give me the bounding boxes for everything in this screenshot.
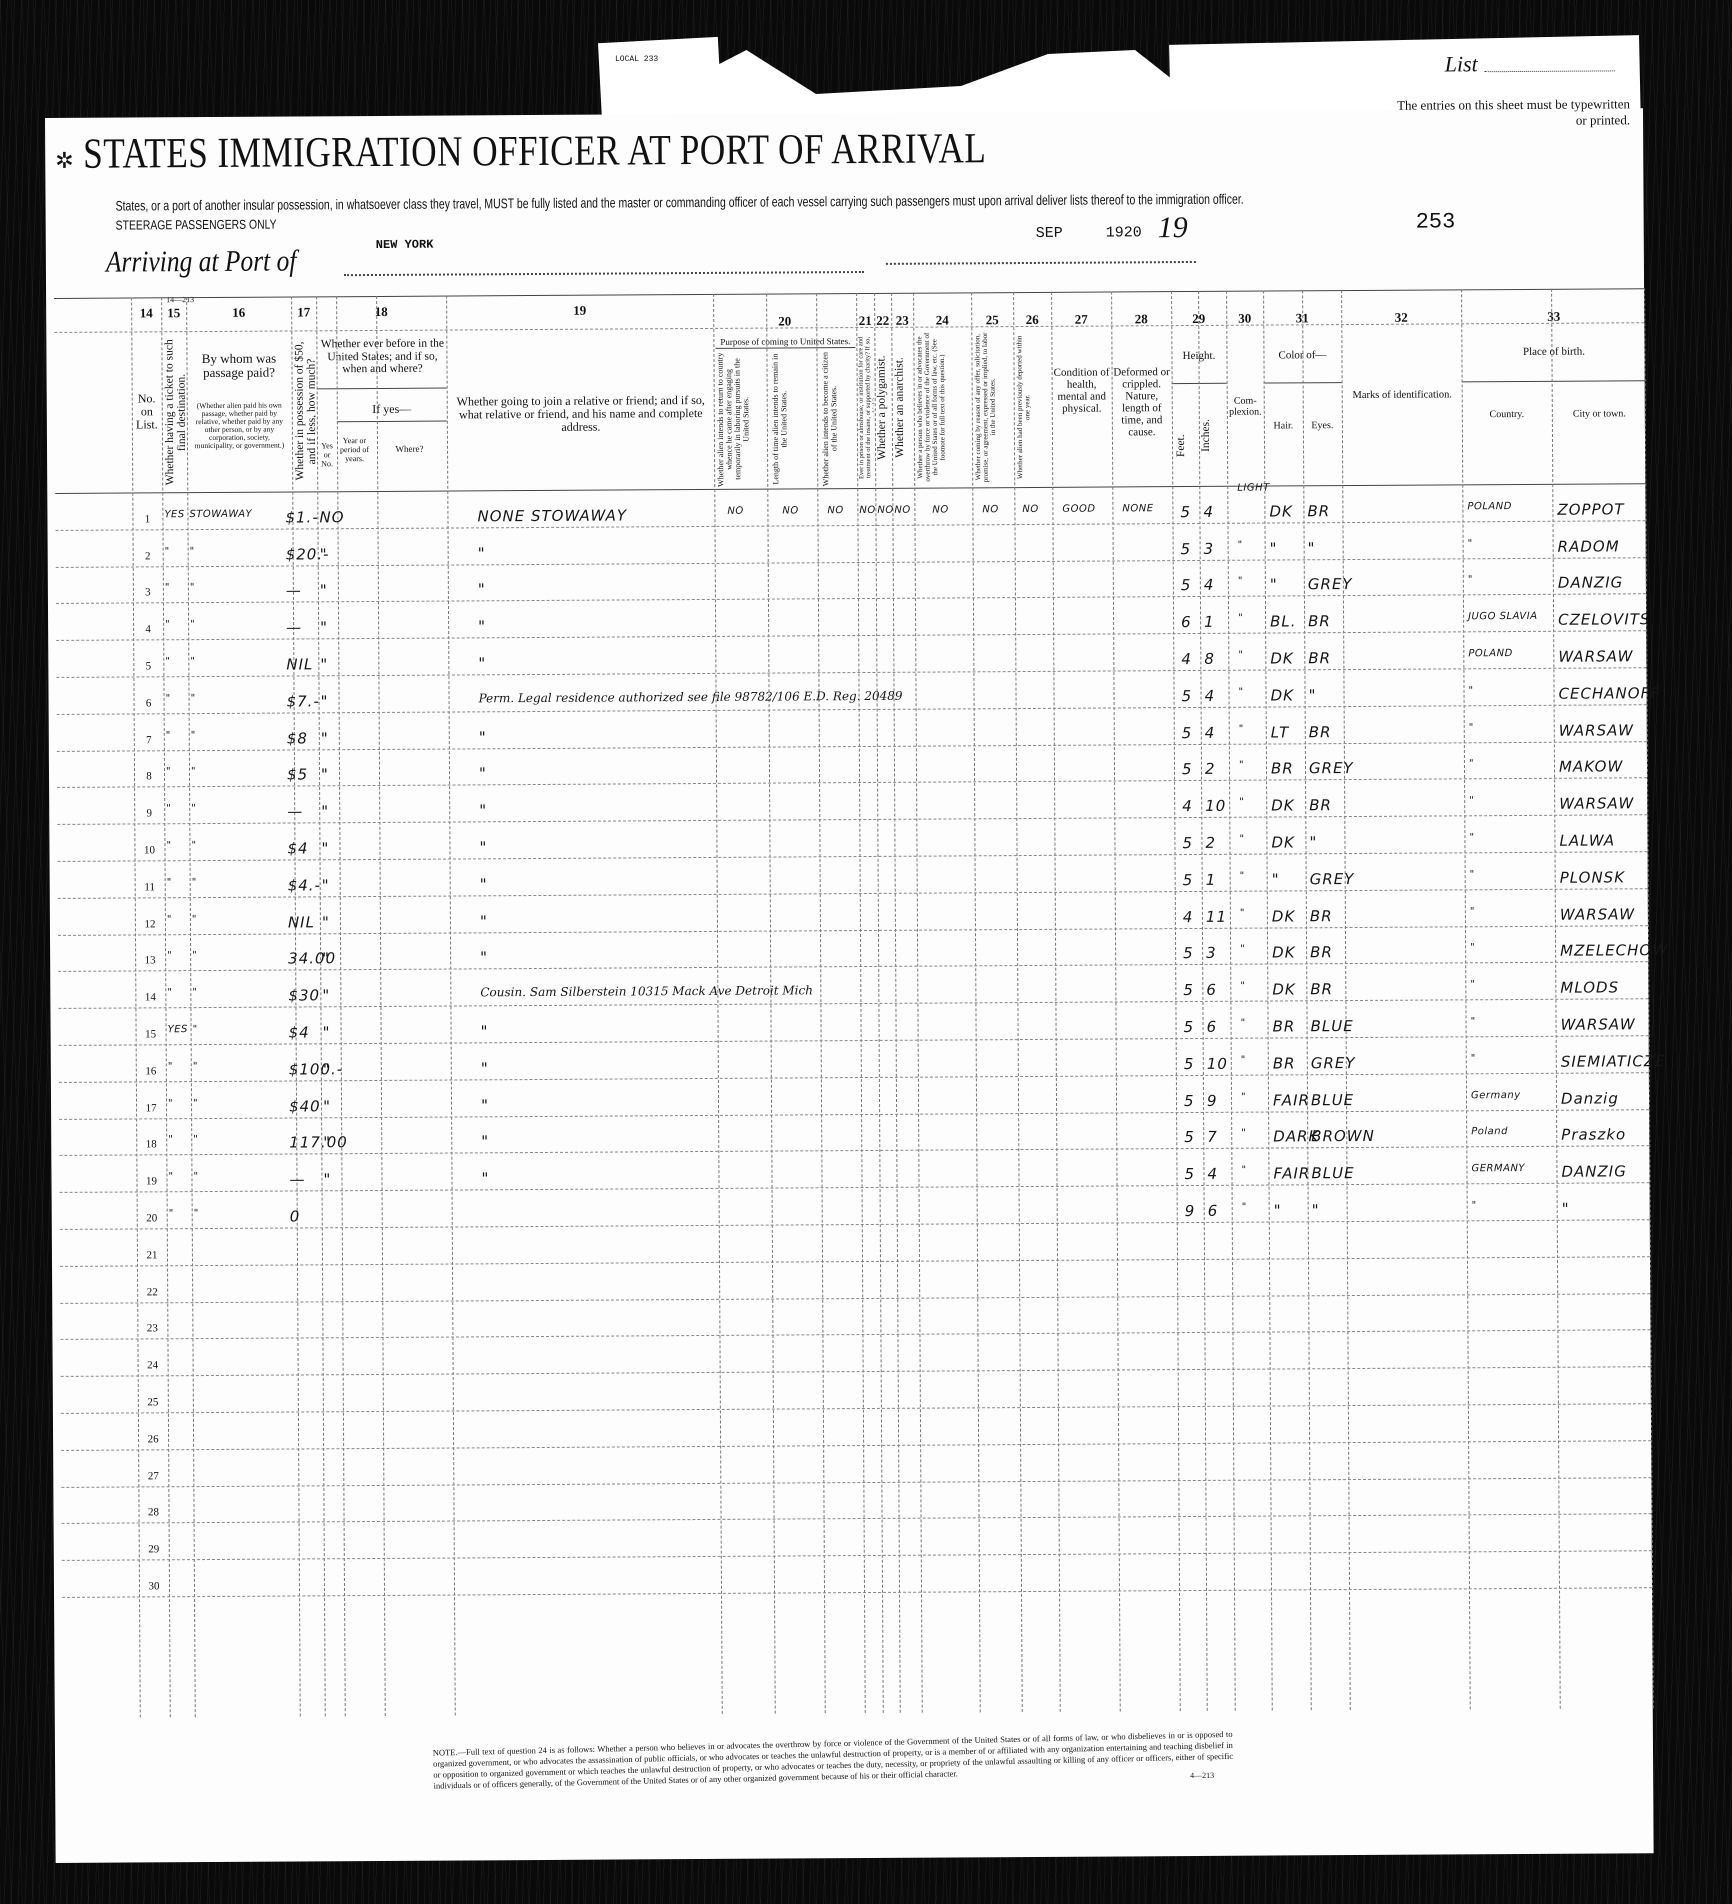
cell-before: ": [322, 986, 330, 1004]
cell-before: ": [321, 802, 329, 820]
cell-country: ": [1470, 943, 1475, 954]
cell-city: WARSAW: [1559, 794, 1634, 812]
cell-feet: 5: [1184, 1128, 1195, 1146]
cell-inches: 10: [1207, 1055, 1228, 1073]
cell-before: ": [322, 913, 330, 931]
cell-city: DANZIG: [1558, 574, 1623, 592]
cell-before: ": [323, 1097, 331, 1115]
row-number: 12: [137, 918, 163, 930]
cell-city: RADOM: [1558, 537, 1620, 555]
cell-city: CZELOVITS: [1558, 610, 1650, 629]
row-number: 16: [138, 1065, 164, 1077]
cell-eyes: BLUE: [1311, 1017, 1354, 1035]
cell-hair: LT: [1271, 723, 1290, 741]
cell-join: ": [478, 544, 486, 562]
cell-eyes: BROWN: [1311, 1127, 1375, 1145]
cell-hair: ": [1270, 539, 1278, 557]
col-18-yes-no: Yes or No.: [317, 441, 337, 468]
cell-ticket: YES: [168, 1024, 188, 1035]
cell-eyes: BR: [1310, 980, 1333, 998]
cell-complexion: ": [1240, 981, 1245, 992]
cell-paid-by: ": [191, 840, 196, 851]
cell-complexion: ": [1238, 650, 1243, 661]
cell-before: ": [320, 545, 328, 563]
cell-complexion: ": [1238, 576, 1243, 587]
passenger-class-label: STEERAGE PASSENGERS ONLY: [116, 217, 277, 233]
cell-join: ": [479, 728, 487, 746]
cell-join: NONE STOWAWAY: [477, 506, 627, 525]
cell-hair: BR: [1273, 1054, 1296, 1072]
cell-country: ": [1469, 795, 1474, 806]
row-number: 21: [139, 1249, 165, 1261]
cell-hair: ": [1272, 870, 1280, 888]
footnote-text: NOTE.—Full text of question 24 is as fol…: [433, 1729, 1234, 1792]
cell-c21: NO: [859, 505, 875, 516]
col-30-number: 30: [1226, 311, 1263, 327]
form-instructions: States, or a port of another insular pos…: [115, 191, 1243, 214]
col-33-country: Country.: [1462, 409, 1552, 421]
cell-eyes: BR: [1310, 907, 1333, 925]
cell-ticket: ": [165, 619, 170, 630]
cell-before: ": [322, 876, 330, 894]
row-number: 15: [138, 1028, 164, 1040]
col-25-header: Whether coming by reason of any offer, s…: [974, 332, 1011, 482]
row-number: 9: [136, 807, 162, 819]
cell-city: MZELECHOW: [1560, 941, 1668, 960]
cell-paid-by: ": [190, 656, 195, 667]
top-stub-label: LOCAL 233: [615, 55, 658, 64]
cell-join: ": [481, 1059, 489, 1077]
cell-eyes: BR: [1307, 502, 1330, 520]
col-25-number: 25: [971, 312, 1013, 328]
cell-feet: 5: [1184, 1018, 1195, 1036]
cell-ticket: ": [166, 767, 171, 778]
cell-paid-by: ": [191, 693, 196, 704]
cell-inches: 3: [1206, 944, 1217, 962]
arrival-month: SEP: [1036, 225, 1063, 242]
cell-country: GERMANY: [1471, 1163, 1525, 1174]
cell-before: NO: [319, 508, 344, 526]
cell-country: POLAND: [1467, 501, 1512, 512]
cell-hair: DK: [1272, 907, 1296, 925]
cell-before: ": [323, 1060, 331, 1078]
col-19-number: 19: [446, 302, 713, 320]
cell-complexion: ": [1242, 1202, 1247, 1213]
cell-feet: 5: [1183, 981, 1194, 999]
cell-money: NIL: [286, 655, 313, 673]
cell-before: ": [321, 729, 329, 747]
cell-city: WARSAW: [1558, 647, 1633, 665]
col-24-number: 24: [913, 312, 971, 328]
cell-country: ": [1469, 759, 1474, 770]
col-18-if-yes: If yes—: [337, 404, 447, 416]
form-title: STATES IMMIGRATION OFFICER AT PORT OF AR…: [83, 124, 986, 179]
row-rule: [61, 1477, 1651, 1488]
cell-ticket: ": [165, 656, 170, 667]
col-15-header: Whether having a ticket to such final de…: [163, 337, 186, 487]
col-23-header: Whether an anarchist.: [893, 333, 912, 483]
cell-city: SIEMIATICZE: [1561, 1052, 1666, 1071]
col-22-header: Whether a polygamist.: [875, 333, 892, 483]
cell-join: Cousin. Sam Silberstein 10315 Mack Ave D…: [480, 984, 813, 1000]
cell-complexion: ": [1238, 613, 1243, 624]
cell-ticket: ": [167, 951, 172, 962]
cell-paid-by: ": [190, 546, 195, 557]
col-16-note: (Whether alien paid his own passage, whe…: [192, 402, 287, 451]
cell-feet: 5: [1181, 687, 1192, 705]
cell-inches: 4: [1207, 1165, 1218, 1183]
row-number: 10: [136, 844, 162, 856]
cell-c22: NO: [877, 505, 893, 516]
cell-eyes: BR: [1310, 944, 1333, 962]
cell-eyes: GREY: [1309, 759, 1354, 777]
cell-inches: 4: [1203, 503, 1214, 521]
cell-feet: 4: [1182, 797, 1193, 815]
cell-hair: DK: [1272, 981, 1296, 999]
col-32-header: Marks of identification.: [1345, 389, 1460, 401]
cell-before: ": [321, 839, 329, 857]
cell-money: $100.-: [289, 1060, 343, 1078]
col-18-period: Year or period of years.: [337, 436, 372, 463]
row-rule: [62, 1587, 1652, 1598]
cell-hair: BR: [1271, 760, 1294, 778]
cell-complexion: ": [1239, 834, 1244, 845]
row-number: 29: [141, 1543, 167, 1555]
cell-complexion: ": [1238, 686, 1243, 697]
row-number: 25: [140, 1396, 166, 1408]
col-26-header: Whether alien had been previously deport…: [1016, 332, 1049, 482]
row-rule: [60, 1330, 1650, 1341]
cell-hair: ": [1270, 576, 1278, 594]
cell-paid-by: ": [193, 1171, 198, 1182]
cell-country: ": [1468, 575, 1473, 586]
cell-paid-by: ": [192, 950, 197, 961]
cell-eyes: ": [1312, 1201, 1320, 1219]
cell-money: NIL: [288, 913, 315, 931]
cell-money: $30: [288, 987, 320, 1005]
cell-eyes: BR: [1309, 796, 1332, 814]
cell-feet: 5: [1181, 576, 1192, 594]
cell-city: WARSAW: [1560, 905, 1635, 923]
cell-money: $4: [289, 1023, 310, 1041]
arriving-label: Arriving at Port of: [106, 244, 297, 279]
cell-complexion: ": [1241, 1165, 1246, 1176]
cell-money: $40: [289, 1097, 321, 1115]
row-number: 19: [138, 1175, 164, 1187]
cell-complexion: ": [1238, 539, 1243, 550]
cell-money: 117.00: [289, 1134, 348, 1152]
cell-c24: NO: [932, 504, 948, 515]
row-number: 13: [137, 955, 163, 967]
date-field-line: [886, 261, 1196, 265]
cell-complexion: ": [1241, 1128, 1246, 1139]
cell-feet: 4: [1181, 650, 1192, 668]
cell-ticket: ": [166, 730, 171, 741]
cell-join: ": [479, 801, 487, 819]
cell-before: ": [323, 1023, 331, 1041]
cell-ticket: ": [165, 583, 170, 594]
cell-ticket: ": [168, 1098, 173, 1109]
cell-hair: DK: [1270, 686, 1294, 704]
row-rule: [61, 1403, 1651, 1414]
cell-ticket: ": [167, 914, 172, 925]
col-22-number: 22: [874, 313, 891, 329]
col-14-header: No. on List.: [132, 392, 162, 431]
cell-hair: DK: [1270, 649, 1294, 667]
cell-paid-by: ": [192, 987, 197, 998]
cell-country: POLAND: [1468, 648, 1513, 659]
cell-inches: 9: [1207, 1091, 1218, 1109]
cell-city: CECHANOFF: [1558, 684, 1659, 703]
cell-inches: 1: [1204, 613, 1215, 631]
cell-paid-by: ": [192, 877, 197, 888]
cell-join: ": [480, 912, 488, 930]
col-18-header: Whether ever before in the United States…: [318, 338, 446, 376]
cell-c23: NO: [894, 505, 910, 516]
col-27-header: Condition of health, mental and physical…: [1053, 366, 1111, 414]
cell-health: GOOD: [1062, 503, 1095, 514]
manifest-sheet: List The entries on this sheet must be t…: [45, 108, 1654, 1863]
cell-country: Germany: [1471, 1090, 1521, 1101]
cell-before: ": [320, 618, 328, 636]
row-rule: [60, 1293, 1650, 1304]
row-number: 7: [136, 734, 162, 746]
col-31-hair: Hair.: [1264, 420, 1303, 431]
arrival-year-prefix: 19: [1158, 211, 1188, 245]
cell-feet: 5: [1182, 724, 1193, 742]
row-number: 22: [139, 1286, 165, 1298]
cell-inches: 4: [1204, 576, 1215, 594]
col-33-divider: [1462, 380, 1647, 382]
cell-feet: 5: [1183, 944, 1194, 962]
row-number: 4: [135, 623, 161, 635]
manifest-table: 14 15 16 17 18 19 20 21 22 23 24 25 26 2…: [46, 288, 1653, 1718]
row-number: 23: [139, 1323, 165, 1335]
col-28-number: 28: [1111, 311, 1171, 327]
cell-inches: 6: [1208, 1202, 1219, 1220]
cell-paid-by: ": [190, 619, 195, 630]
cell-money: —: [286, 582, 302, 600]
cell-inches: 3: [1204, 539, 1215, 557]
cell-money: $1.-: [285, 508, 318, 526]
row-rule: [61, 1440, 1651, 1451]
cell-c20b: NO: [782, 505, 798, 516]
cell-before: ": [321, 692, 329, 710]
cell-paid-by: ": [193, 1061, 198, 1072]
cell-feet: 5: [1184, 1092, 1195, 1110]
col-16-number: 16: [186, 304, 291, 321]
cell-ticket: ": [166, 840, 171, 851]
cell-feet: 5: [1184, 1055, 1195, 1073]
col-19-header: Whether going to join a relative or frie…: [452, 394, 710, 435]
cell-country: ": [1470, 979, 1475, 990]
cell-money: 0: [290, 1207, 301, 1225]
row-number: 8: [136, 771, 162, 783]
cell-feet: 5: [1180, 503, 1191, 521]
cell-inches: 2: [1205, 834, 1216, 852]
col-20a-header: Whether alien intends to return to count…: [716, 352, 757, 487]
col-17-header: Whether in possession of $50, and if les…: [293, 336, 316, 486]
cell-money: —: [287, 803, 303, 821]
col-21-header: Ever in prison or almshouse, or institut…: [857, 333, 874, 483]
cell-deformed: NONE: [1122, 503, 1153, 514]
cell-hair: BL.: [1270, 613, 1297, 631]
row-rule: [60, 1256, 1650, 1267]
cell-inches: 10: [1205, 797, 1226, 815]
list-label: List: [1445, 51, 1478, 77]
cell-hair: BR: [1273, 1017, 1296, 1035]
cell-hair: DK: [1271, 797, 1295, 815]
row-number: 3: [135, 587, 161, 599]
cell-join: ": [479, 765, 487, 783]
cell-eyes: BLUE: [1311, 1164, 1354, 1182]
cell-c20a: NO: [727, 506, 743, 517]
cell-hair: FAIR: [1273, 1091, 1310, 1109]
cell-join: ": [478, 581, 486, 599]
col-20c-header: Whether alien intends to become a citize…: [821, 351, 854, 486]
cell-eyes: ": [1308, 539, 1316, 557]
cell-complexion: ": [1239, 760, 1244, 771]
cell-country: ": [1470, 869, 1475, 880]
cell-country: ": [1472, 1200, 1477, 1211]
row-number: 26: [140, 1433, 166, 1445]
cell-money: $4: [287, 839, 308, 857]
cell-join: ": [481, 1169, 489, 1187]
cell-country: Poland: [1471, 1126, 1508, 1137]
cell-inches: 1: [1206, 871, 1217, 889]
col-29-inches: Inches.: [1200, 391, 1223, 481]
cell-paid-by: ": [193, 1024, 198, 1035]
cell-hair: DK: [1269, 502, 1293, 520]
col-33-number: 33: [1461, 308, 1646, 325]
row-number: 11: [137, 881, 163, 893]
cell-city: Danzig: [1561, 1089, 1619, 1107]
cell-c25: NO: [982, 504, 998, 515]
cell-complexion: ": [1240, 870, 1245, 881]
cell-ticket: ": [169, 1208, 174, 1219]
row-number: 1: [134, 513, 160, 525]
cell-eyes: BR: [1309, 723, 1332, 741]
cell-complexion: ": [1239, 797, 1244, 808]
cell-ticket: ": [166, 803, 171, 814]
cell-join: ": [481, 1133, 489, 1151]
cell-ticket: YES: [164, 509, 184, 520]
cell-paid-by: ": [193, 1098, 198, 1109]
cell-ticket: ": [165, 546, 170, 557]
cell-inches: 6: [1207, 1018, 1218, 1036]
col-16-header: By whom was passage paid?: [191, 352, 286, 381]
cell-c26: NO: [1022, 504, 1038, 515]
cell-feet: 5: [1184, 1165, 1195, 1183]
cell-hair: ": [1274, 1201, 1282, 1219]
row-rule: [62, 1514, 1652, 1525]
cell-country: ": [1469, 722, 1474, 733]
col-33-header: Place of birth.: [1461, 346, 1646, 358]
col-27-number: 27: [1051, 311, 1111, 327]
cell-ticket: ": [168, 1171, 173, 1182]
row-number: 17: [138, 1102, 164, 1114]
cell-join: Perm. Legal residence authorized see fil…: [479, 689, 903, 706]
col-24-header: Whether a person who believes in or advo…: [916, 332, 969, 482]
col-20-header: Purpose of coming to United States.: [715, 336, 855, 349]
cell-country: ": [1471, 1053, 1476, 1064]
cell-eyes: BR: [1308, 612, 1331, 630]
cell-eyes: BR: [1308, 649, 1331, 667]
col-17-number: 17: [291, 304, 316, 320]
col-28-header: Deformed or crippled. Nature, length of …: [1113, 366, 1171, 438]
col-18-subdivider: [337, 421, 447, 423]
cell-paid-by: ": [192, 914, 197, 925]
col-20-number: 20: [713, 313, 856, 330]
seal-icon: ✲: [55, 148, 74, 174]
entries-note: The entries on this sheet must be typewr…: [1385, 96, 1630, 129]
cell-feet: 5: [1181, 540, 1192, 558]
col-30-header: Com-plexion.: [1227, 396, 1264, 418]
cell-feet: 4: [1183, 908, 1194, 926]
row-number: 27: [140, 1470, 166, 1482]
cell-complexion: ": [1240, 907, 1245, 918]
row-number: 30: [141, 1580, 167, 1592]
cell-eyes: GREY: [1310, 870, 1355, 888]
cell-before: ": [320, 582, 328, 600]
col-32-number: 32: [1341, 309, 1461, 326]
cell-inches: 7: [1207, 1128, 1218, 1146]
row-number: 18: [138, 1139, 164, 1151]
cell-country: ": [1468, 685, 1473, 696]
col-31-eyes: Eyes.: [1303, 420, 1342, 431]
cell-city: LALWA: [1559, 831, 1615, 849]
cell-join: ": [478, 654, 486, 672]
cell-feet: 6: [1181, 613, 1192, 631]
col-14-number: 14: [131, 305, 161, 321]
cell-complexion: ": [1239, 723, 1244, 734]
cell-ticket: ": [167, 987, 172, 998]
cell-complexion: ": [1241, 1018, 1246, 1029]
cell-paid-by: ": [191, 803, 196, 814]
row-number: 24: [140, 1359, 166, 1371]
cell-eyes: BLUE: [1311, 1091, 1354, 1109]
col-18-where: Where?: [377, 444, 442, 455]
cell-city: Praszko: [1561, 1126, 1626, 1144]
cell-inches: 11: [1206, 907, 1227, 925]
cell-complexion: ": [1241, 1091, 1246, 1102]
cell-ticket: ": [168, 1061, 173, 1072]
row-number: 6: [136, 697, 162, 709]
col-33-city: City or town.: [1552, 408, 1647, 420]
cell-hair: FAIR: [1273, 1164, 1310, 1182]
cell-city: PLONSK: [1560, 868, 1625, 886]
cell-before: ": [322, 950, 330, 968]
cell-feet: 5: [1182, 760, 1193, 778]
arrival-year-stamp: 1920: [1106, 224, 1142, 241]
cell-before: ": [321, 766, 329, 784]
cell-eyes: GREY: [1308, 575, 1353, 593]
cell-complexion: ": [1240, 944, 1245, 955]
cell-hair: DK: [1271, 833, 1295, 851]
cell-paid-by: ": [190, 582, 195, 593]
cell-money: $8: [287, 729, 308, 747]
col-23-number: 23: [891, 313, 913, 329]
cell-eyes: ": [1309, 833, 1317, 851]
cell-city: MAKOW: [1559, 758, 1623, 776]
cell-city: ": [1562, 1200, 1570, 1218]
cell-feet: 9: [1185, 1202, 1196, 1220]
cell-money: $4.-: [288, 876, 321, 894]
cell-country: JUGO SLAVIA: [1468, 611, 1538, 622]
cell-city: WARSAW: [1559, 721, 1634, 739]
cell-inches: 8: [1204, 650, 1215, 668]
cell-join: ": [480, 875, 488, 893]
